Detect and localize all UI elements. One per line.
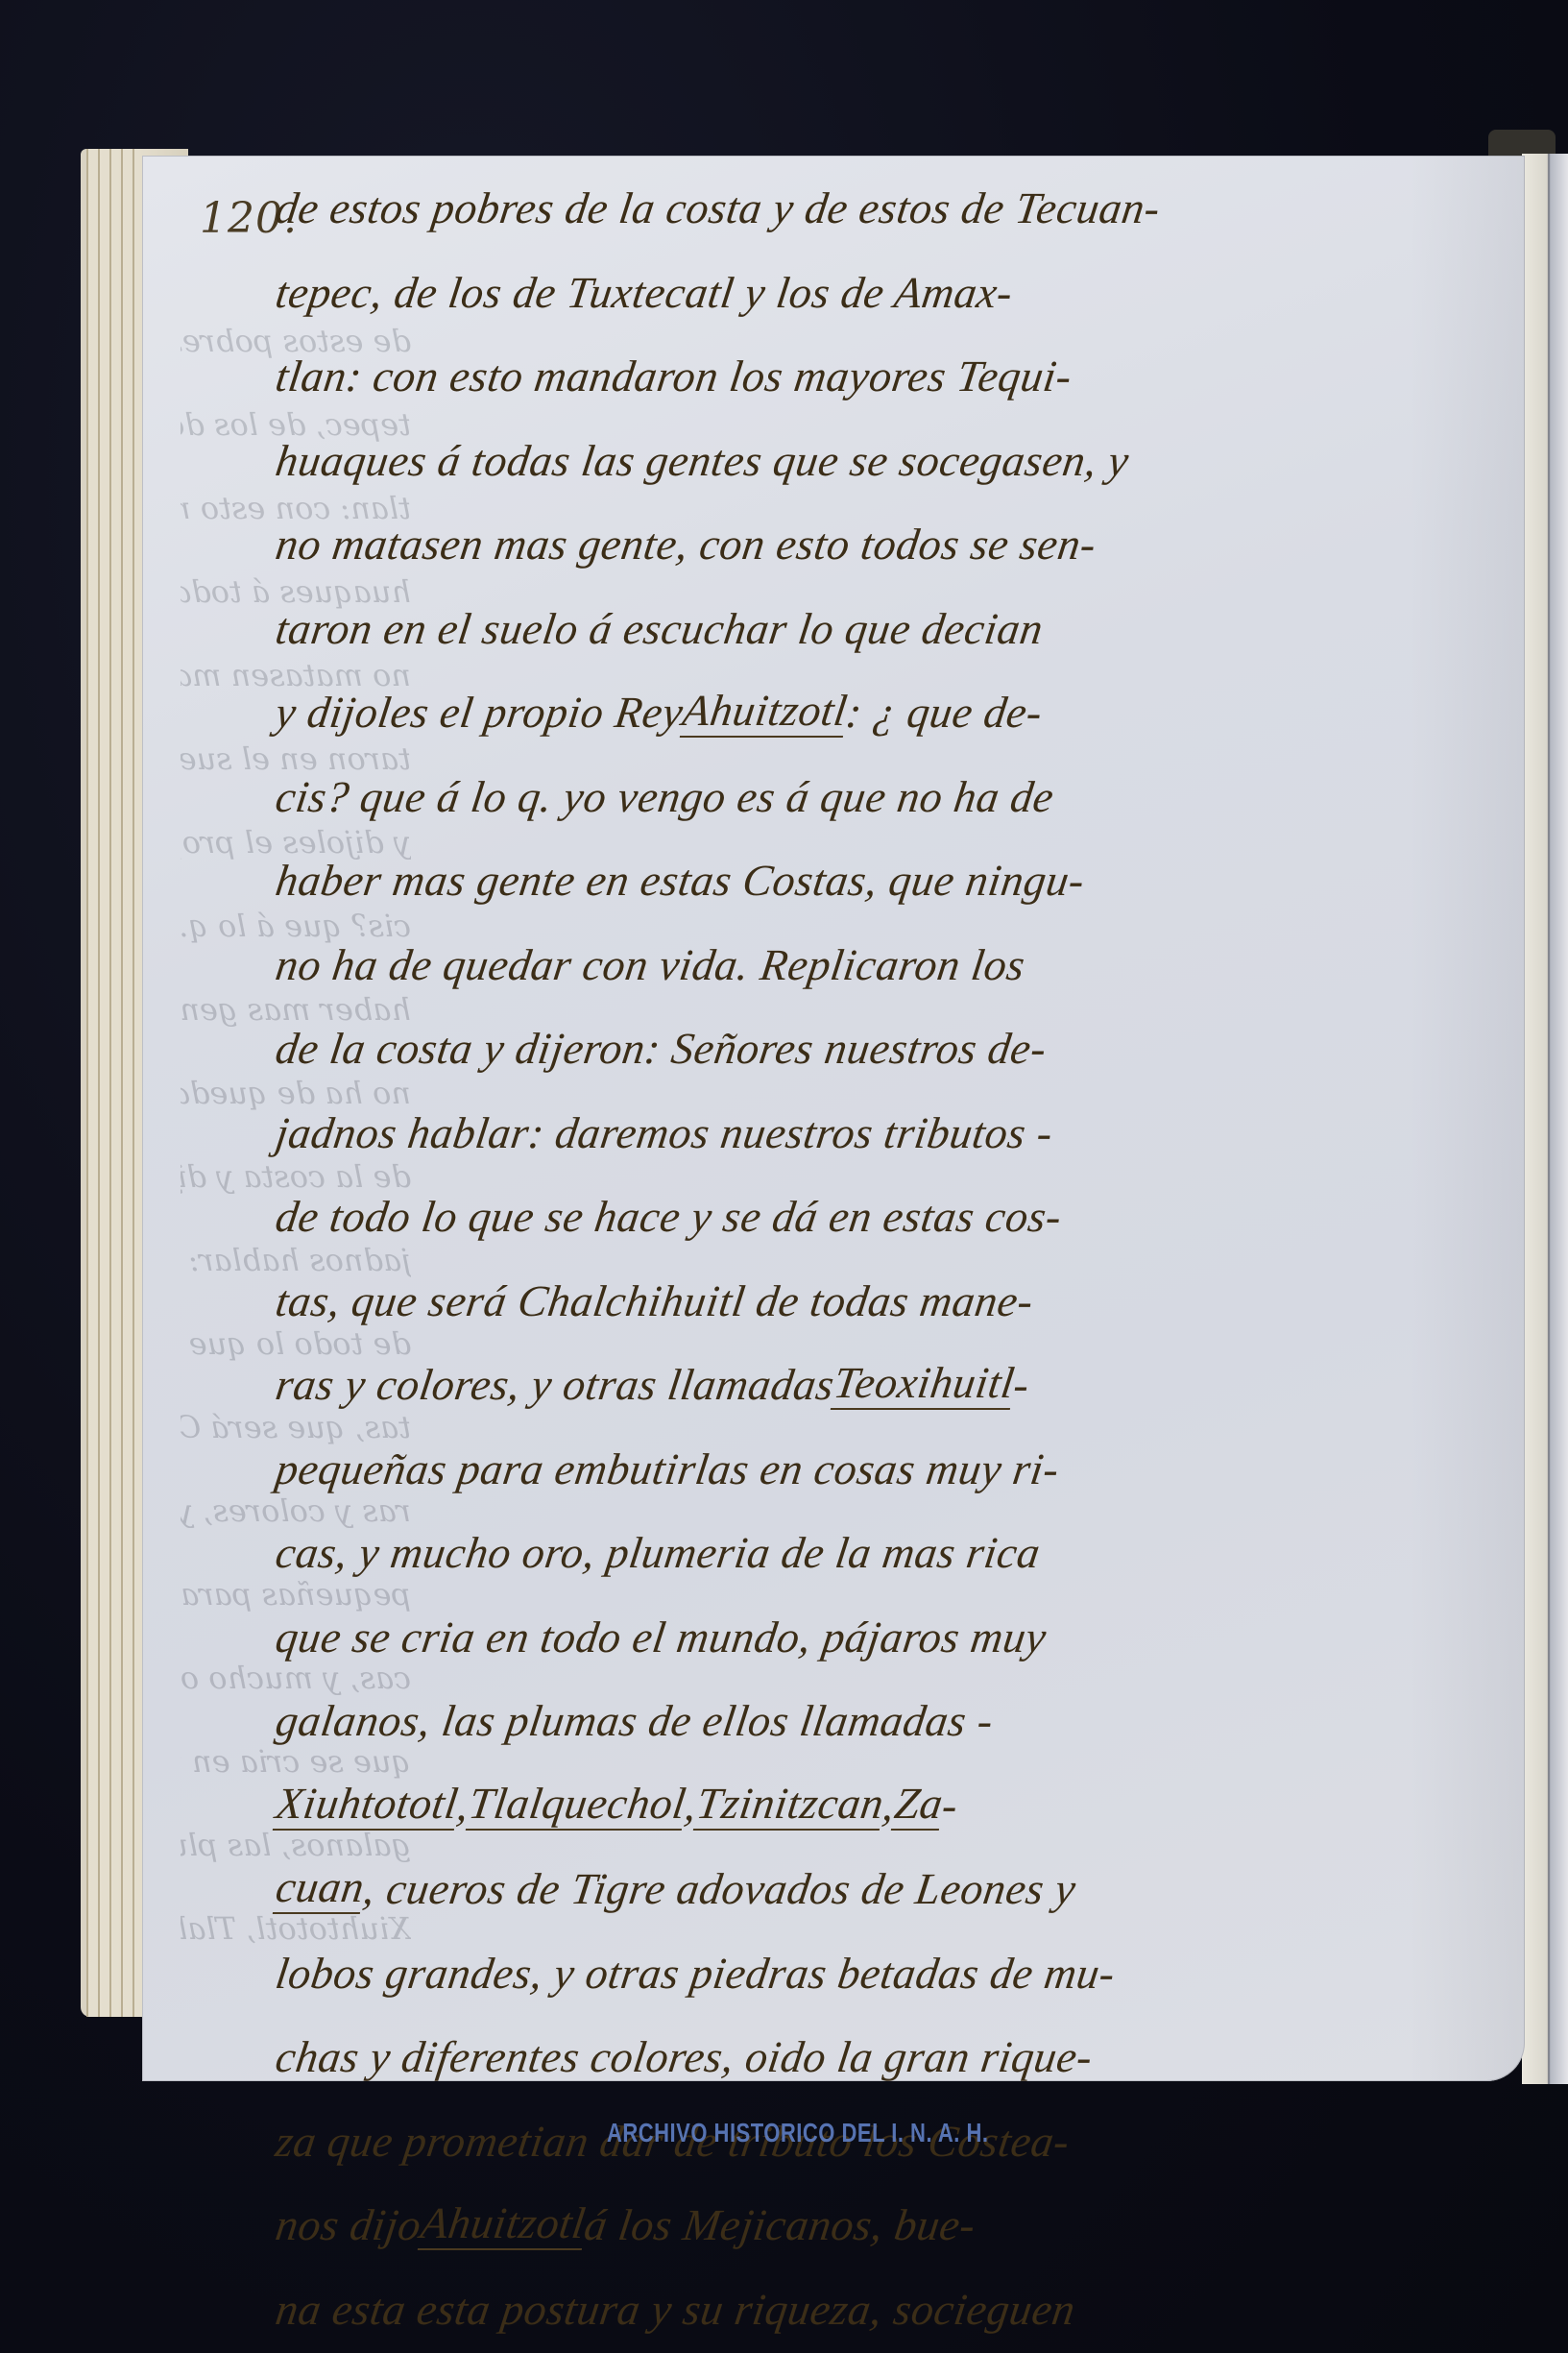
text-line: lobos grandes, y otras piedras betadas d… xyxy=(273,1914,1369,1999)
archive-stamp: ARCHIVO HISTORICO DEL I. N. A. H. xyxy=(607,2118,988,2149)
text-line: chas y diferentes colores, oido la gran … xyxy=(273,1998,1369,2082)
text-line: ras y colores, y otras llamadas Teoxihui… xyxy=(273,1325,1369,1410)
text-line: nos dijo Ahuitzotl á los Mejicanos, bue- xyxy=(273,2166,1369,2250)
text-line: de la costa y dijeron: Señores nuestros … xyxy=(273,989,1369,1074)
text-line: cuan, cueros de Tigre adovados de Leones… xyxy=(273,1830,1369,1914)
text-line: jadnos hablar: daremos nuestros tributos… xyxy=(273,1074,1369,1158)
text-line: pequeñas para embutirlas en cosas muy ri… xyxy=(273,1410,1369,1494)
text-line: tlan: con esto mandaron los mayores Tequ… xyxy=(273,317,1369,401)
text-line: taron en el suelo á escuchar lo que deci… xyxy=(273,570,1369,654)
text-line: no ha de quedar con vida. Replicaron los xyxy=(273,906,1369,990)
book-binding xyxy=(1522,154,1568,2084)
text-line: huaques á todas las gentes que se socega… xyxy=(273,401,1369,486)
text-line: na esta esta postura y su riqueza, socie… xyxy=(273,2250,1369,2335)
manuscript-text: de estos pobres de la costa y de estos d… xyxy=(278,149,1363,2334)
text-line: tepec, de los de Tuxtecatl y los de Amax… xyxy=(273,233,1369,318)
text-line: cas, y mucho oro, plumeria de la mas ric… xyxy=(273,1493,1369,1578)
page-shading xyxy=(1410,156,1525,2081)
text-line: no matasen mas gente, con esto todos se … xyxy=(273,485,1369,570)
text-line: y dijoles el propio Rey Ahuitzotl: ¿ que… xyxy=(273,653,1369,738)
text-line: cis? que á lo q. yo vengo es á que no ha… xyxy=(273,738,1369,822)
text-line: galanos, las plumas de ellos llamadas - xyxy=(273,1662,1369,1746)
text-line: tas, que será Chalchihuitl de todas mane… xyxy=(273,1242,1369,1326)
text-line: Xiuhtototl, Tlalquechol, Tzinitzcan, Za- xyxy=(273,1746,1369,1831)
text-line: que se cria en todo el mundo, pájaros mu… xyxy=(273,1578,1369,1662)
text-line: haber mas gente en estas Costas, que nin… xyxy=(273,821,1369,906)
text-line: de estos pobres de la costa y de estos d… xyxy=(273,149,1369,233)
text-line: de todo lo que se hace y se dá en estas … xyxy=(273,1157,1369,1242)
